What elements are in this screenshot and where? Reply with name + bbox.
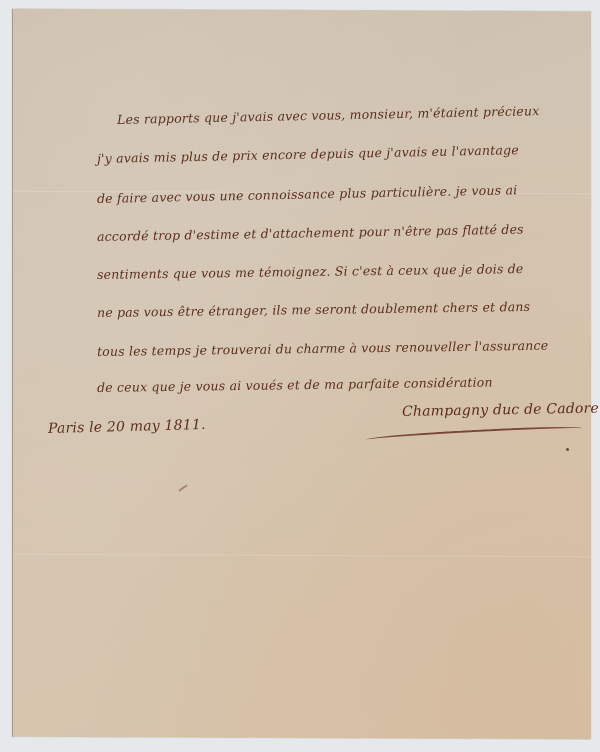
ink-dot — [566, 448, 569, 451]
paper-fold-line — [13, 554, 591, 558]
